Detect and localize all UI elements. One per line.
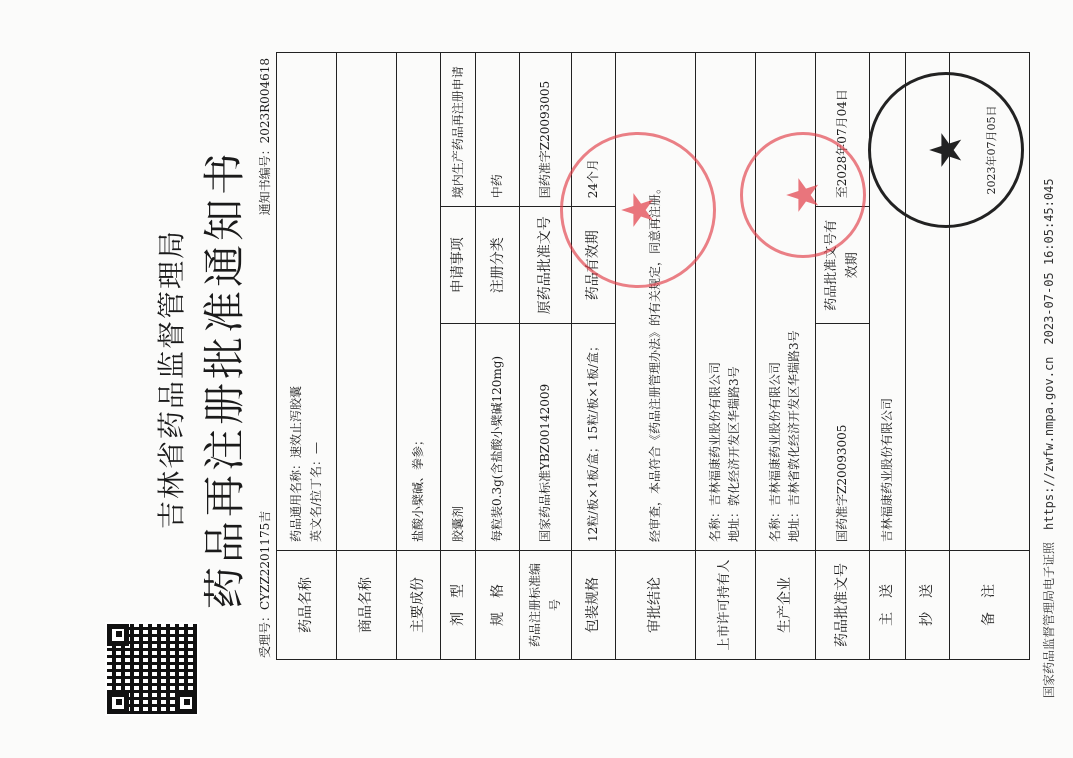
application-value: 境内生产药品再注册申请 xyxy=(441,53,476,207)
dosage-form-value: 胶囊剂 xyxy=(441,324,476,551)
footer-certificate: 国家药品监督管理局电子证照 https://zwfw.nmpa.gov.cn 2… xyxy=(1040,178,1057,698)
mah-label: 上市许可持有人 xyxy=(695,551,755,660)
notice-document: 吉林省药品监督管理局 药品再注册批准通知书 受理号：CYZZ2201175吉 通… xyxy=(0,0,1073,758)
ingredients-value: 盐酸小檗碱、拳参； xyxy=(397,53,441,551)
generic-name: 药品通用名称：速效止泻胶囊 xyxy=(287,61,306,542)
qr-finder-icon xyxy=(107,624,129,646)
send-to-label: 主 送 xyxy=(870,551,905,660)
table-row: 药品注册标准编号 国家药品标准YBZ00142009 原药品批准文号 国药准字Z… xyxy=(520,53,571,660)
application-label: 申请事项 xyxy=(441,207,476,324)
dosage-form-label: 剂 型 xyxy=(441,551,476,660)
drug-name-value: 药品通用名称：速效止泻胶囊 英文名/拉丁名：— xyxy=(277,53,337,551)
standard-value: 国家药品标准YBZ00142009 xyxy=(520,324,571,551)
trade-name-value xyxy=(337,53,397,551)
remarks-label: 备 注 xyxy=(949,551,1029,660)
cc-label: 抄 送 xyxy=(905,551,949,660)
reg-class-label: 注册分类 xyxy=(476,207,520,324)
manufacturer-label: 生产企业 xyxy=(755,551,815,660)
package-value: 12粒/板×1板/盒；15粒/板×1板/盒； xyxy=(571,324,615,551)
table-row: 商品名称 xyxy=(337,53,397,660)
conclusion-label: 审批结论 xyxy=(615,551,695,660)
trade-name-label: 商品名称 xyxy=(337,551,397,660)
approval-no-label: 药品批准文号 xyxy=(815,551,870,660)
star-icon: ★ xyxy=(778,175,829,214)
seal-date: 2023年07月05日 xyxy=(983,75,999,225)
standard-label: 药品注册标准编号 xyxy=(520,551,571,660)
acceptance-number: 受理号：CYZZ2201175吉 xyxy=(256,511,273,658)
drug-name-label: 药品名称 xyxy=(277,551,337,660)
manufacturer-value: 名称：吉林福康药业股份有限公司 地址：吉林省敦化经济开发区华瑞路3号 xyxy=(755,53,815,551)
ingredients-label: 主要成份 xyxy=(397,551,441,660)
table-row: 药品名称 药品通用名称：速效止泻胶囊 英文名/拉丁名：— xyxy=(277,53,337,660)
package-label: 包装规格 xyxy=(571,551,615,660)
mah-name: 名称：吉林福康药业股份有限公司 xyxy=(706,61,725,542)
spec-value: 每粒装0.3g(含盐酸小檗碱120mg) xyxy=(476,324,520,551)
table-row: 规 格 每粒装0.3g(含盐酸小檗碱120mg) 注册分类 中药 xyxy=(476,53,520,660)
agency-seal: ★ 2023年07月05日 xyxy=(868,72,1024,228)
star-icon: ★ xyxy=(921,130,972,169)
spec-label: 规 格 xyxy=(476,551,520,660)
agency-name: 吉林省药品监督管理局 xyxy=(150,0,190,758)
conclusion-value: 经审查，本品符合《药品注册管理办法》的有关规定，同意再注册。 xyxy=(615,53,695,551)
table-row: 主要成份 盐酸小檗碱、拳参； xyxy=(397,53,441,660)
mah-value: 名称：吉林福康药业股份有限公司 地址：敦化经济开发区华瑞路3号 xyxy=(695,53,755,551)
qr-finder-icon xyxy=(107,692,129,714)
manufacturer-name: 名称：吉林福康药业股份有限公司 xyxy=(766,61,785,542)
mah-address: 地址：敦化经济开发区华瑞路3号 xyxy=(725,61,744,542)
table-row: 剂 型 胶囊剂 申请事项 境内生产药品再注册申请 xyxy=(441,53,476,660)
company-seal: ★ xyxy=(560,132,716,288)
star-icon: ★ xyxy=(613,190,664,229)
table-row: 上市许可持有人 名称：吉林福康药业股份有限公司 地址：敦化经济开发区华瑞路3号 xyxy=(695,53,755,660)
company-seal: ★ xyxy=(740,132,866,258)
notice-number: 通知书编号：2023R004618 xyxy=(256,58,273,215)
approval-no-value: 国药准字Z20093005 xyxy=(815,324,870,551)
document-title: 药品再注册批准通知书 xyxy=(192,0,252,758)
reg-class-value: 中药 xyxy=(476,53,520,207)
english-name: 英文名/拉丁名：— xyxy=(307,61,326,542)
meta-row: 受理号：CYZZ2201175吉 通知书编号：2023R004618 xyxy=(256,58,273,658)
